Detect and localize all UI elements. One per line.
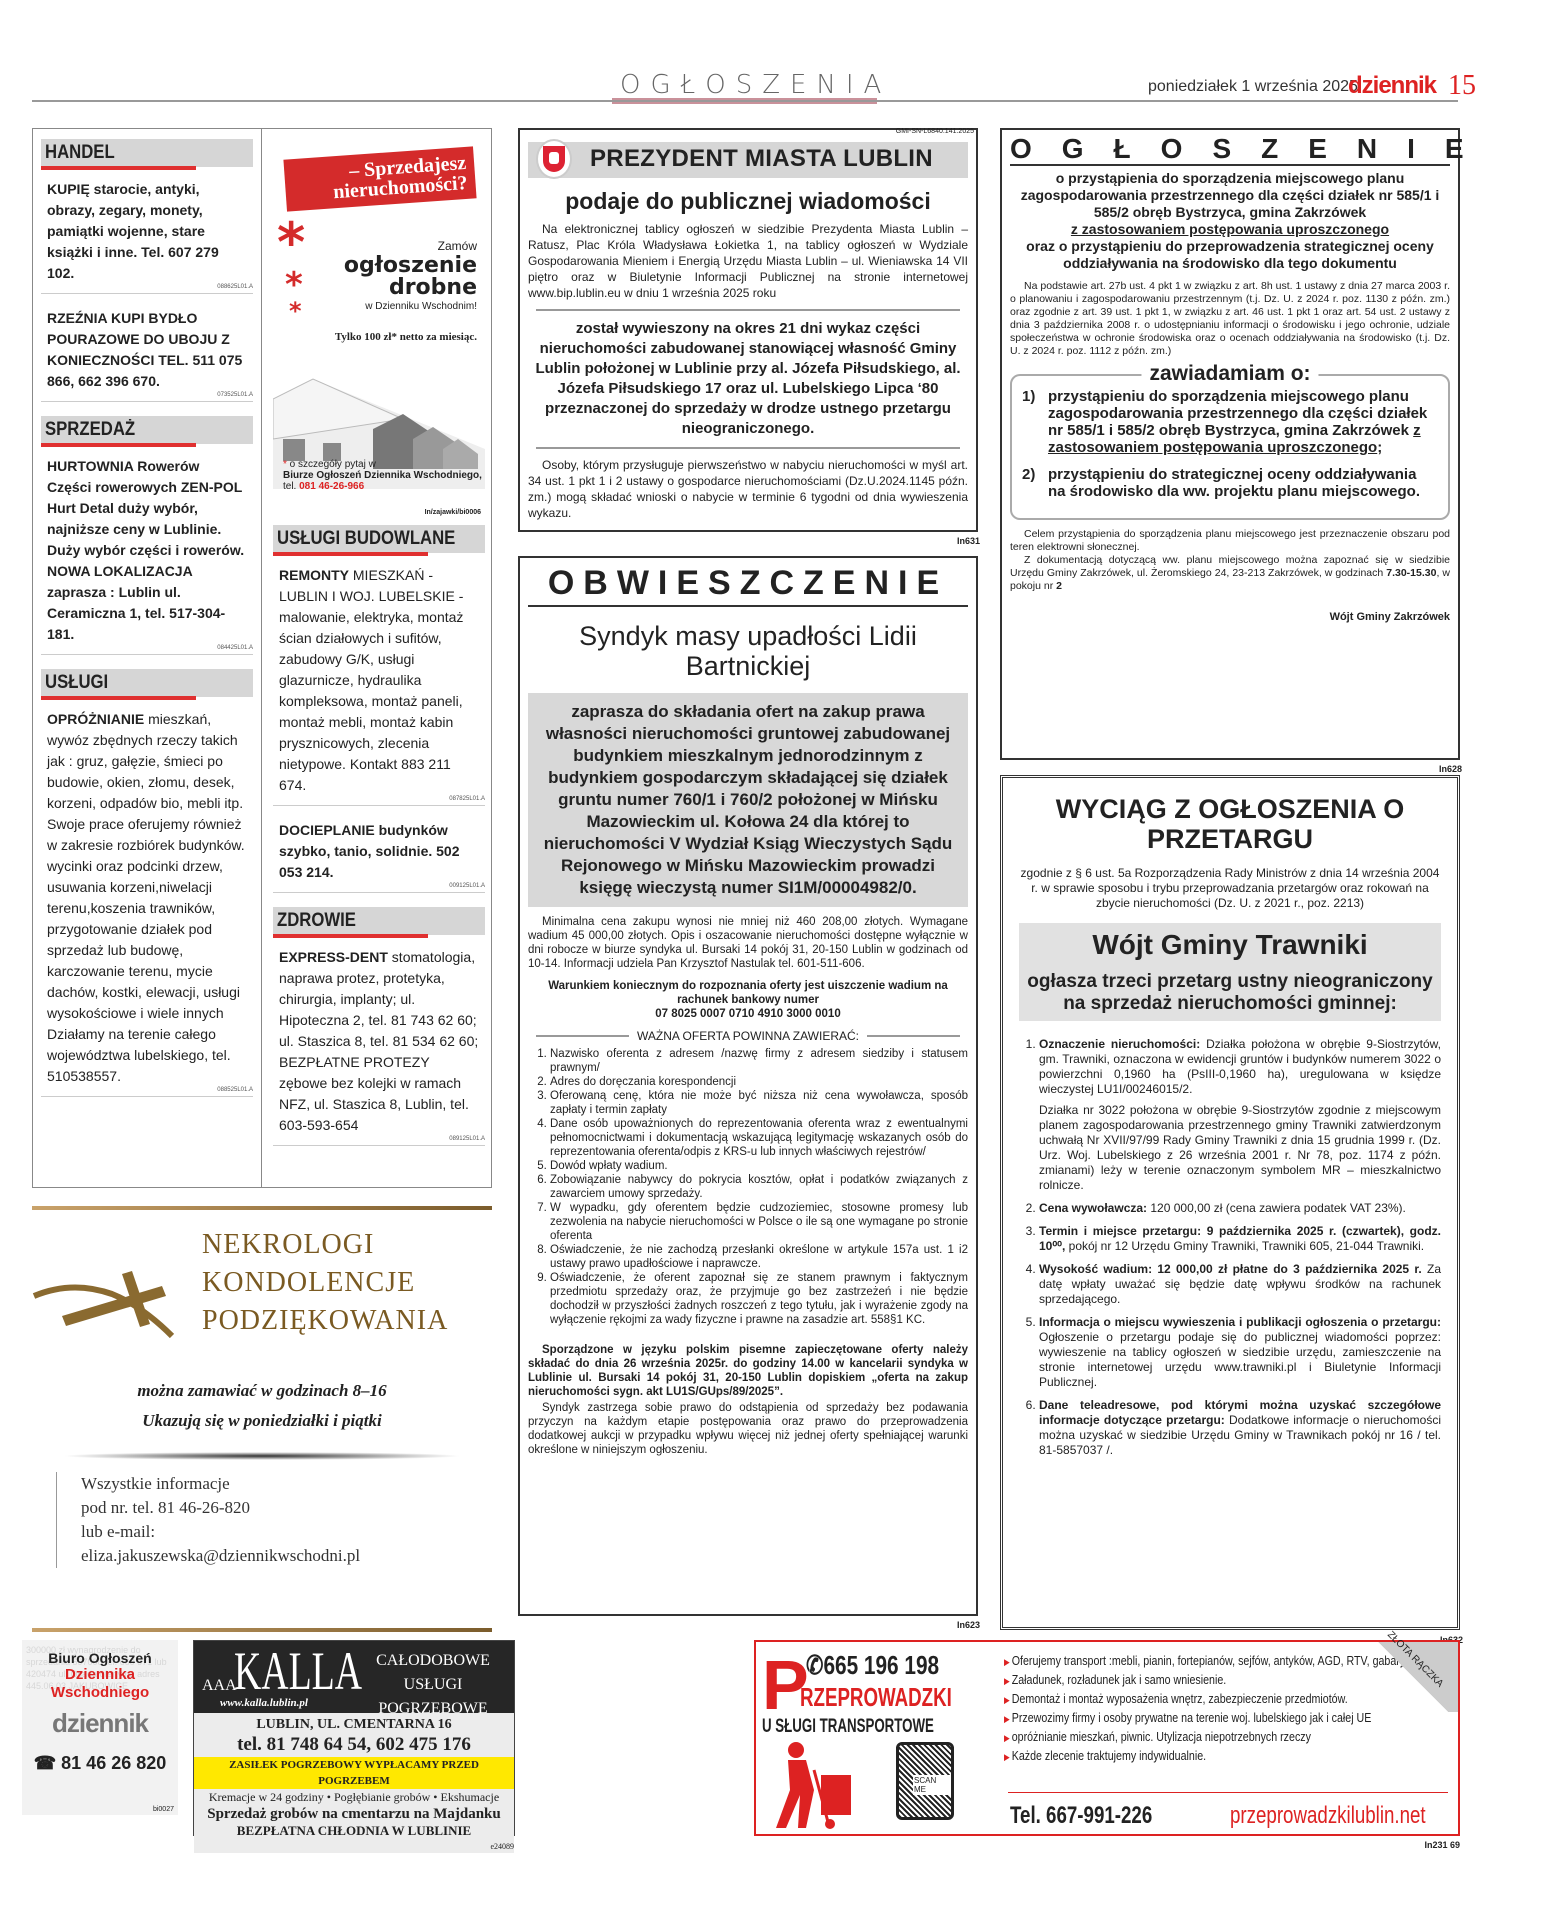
brand-logo: dziennik — [1348, 72, 1436, 100]
phone-icon: ✆ — [806, 1650, 823, 1680]
classified-ad: DOCIEPLANIE budynków szybko, tanio, soli… — [273, 820, 485, 883]
section-title: OGŁOSZENIA — [620, 70, 891, 100]
bank-account: 07 8025 0007 0710 4910 3000 0010 — [528, 1007, 968, 1021]
contact-info: Wszystkie informacjepod nr. tel. 81 46-2… — [56, 1472, 360, 1568]
category-zdrowie: ZDROWIE — [273, 907, 485, 935]
ad-code: 087825L01.A — [273, 796, 485, 806]
classified-ad: EXPRESS-DENT stomatologia, naprawa prote… — [273, 947, 485, 1136]
promo-contact: * o szczegóły pytaj w Biurze Ogłoszeń Dz… — [283, 459, 482, 492]
ad-code: 073525L01.A — [41, 392, 253, 402]
notice-prezydent-lublin: GMI-SN-L6840.141.2025 PREZYDENT MIASTA L… — [518, 128, 978, 532]
lublin-crest-icon — [536, 139, 572, 179]
announcement-box: zawiadamiam o: 1)przystąpieniu do sporzą… — [1010, 374, 1450, 520]
ad-code: 088525L01.A — [41, 1087, 253, 1097]
notice-subtitle: podaje do publicznej wiadomości — [528, 188, 968, 215]
dziennik-logo: dziennik — [22, 1708, 178, 1739]
classified-ad: KUPIĘ starocie, antyki, obrazy, zegary, … — [41, 179, 253, 284]
classifieds-column-2: – Sprzedajesz nieruchomości? * * * Zamów… — [273, 139, 485, 1160]
notice-trawniki: WYCIĄG Z OGŁOSZENIA O PRZETARGU zgodnie … — [1000, 775, 1460, 1630]
biuro-ogloszen-ad: 300000 zł wynagrodzenie do sprzedania 59… — [22, 1640, 178, 1815]
website-link[interactable]: przeprowadzkilublin.net — [1230, 1802, 1426, 1830]
email-link[interactable]: eliza.jakuszewska@dziennikwschodni.pl — [81, 1544, 360, 1568]
kalla-funeral-ad: AAA KALLA www.kalla.lublin.pl CAŁODOBOWE… — [193, 1640, 515, 1836]
classified-ad: RZEŹNIA KUPI BYDŁO POURAZOWE DO UBOJU Z … — [41, 308, 253, 392]
nekrologi-ad: NEKROLOGIKONDOLENCJEPODZIĘKOWANIA można … — [32, 1206, 492, 1631]
notice-title: WYCIĄG Z OGŁOSZENIA O PRZETARGU — [1019, 794, 1441, 854]
ad-code: 009125L01.A — [273, 883, 485, 893]
notice-title: PREZYDENT MIASTA LUBLIN — [590, 145, 933, 173]
page-number: 15 — [1448, 70, 1476, 102]
ad-ref: In628 — [1439, 764, 1462, 774]
header-rule — [32, 100, 1458, 102]
category-sprzedaz: SPRZEDAŻ — [41, 416, 253, 444]
kalla-logo: KALLA — [234, 1643, 362, 1699]
notice-zakrzowek: OGŁOSZENIE o przystąpienia do sporządzen… — [1000, 128, 1460, 760]
promo-product: ogłoszenie drobne — [273, 255, 477, 299]
issuer: Wójt Gminy Trawniki — [1025, 929, 1435, 961]
notice-subtitle: Syndyk masy upadłości Lidii Bartnickiej — [528, 621, 968, 681]
offer-requirements: Nazwisko oferenta z adresem /nazwę firmy… — [528, 1047, 968, 1327]
category-uslugi-budowlane: USŁUGI BUDOWLANE — [273, 525, 485, 553]
przeprowadzki-ad: P ✆665 196 198 RZEPROWADZKI U SŁUGI TRAN… — [754, 1640, 1460, 1836]
ad-code: 088625L01.A — [41, 284, 253, 294]
qr-code[interactable]: SCAN ME — [896, 1742, 954, 1820]
classified-ad: REMONTY MIESZKAŃ - LUBLIN I WOJ. LUBELSK… — [273, 565, 485, 796]
classified-ad: OPRÓŻNIANIE mieszkań, wywóz zbędnych rze… — [41, 709, 253, 1087]
category-handel: HANDEL — [41, 139, 253, 167]
notice-obwieszczenie: OBWIESZCZENIE Syndyk masy upadłości Lidi… — [518, 556, 978, 1616]
issue-date: poniedziałek 1 września 2025 — [1148, 78, 1358, 96]
ad-code: 084425L01.A — [41, 645, 253, 655]
tender-details: Oznaczenie nieruchomości: Działka położo… — [1019, 1037, 1441, 1458]
list-heading: WAŻNA OFERTA POWINNA ZAWIERAĆ: — [528, 1029, 968, 1043]
ad-ref: In623 — [957, 1620, 980, 1630]
notice-header: PREZYDENT MIASTA LUBLIN — [528, 142, 968, 178]
ad-ref: In631 — [957, 536, 980, 546]
classifieds-box: HANDEL KUPIĘ starocie, antyki, obrazy, z… — [32, 128, 492, 1188]
classified-ad: HURTOWNIA Rowerów Części rowerowych ZEN-… — [41, 456, 253, 645]
notice-title: OBWIESZCZENIE — [528, 564, 968, 607]
promo-ad: – Sprzedajesz nieruchomości? * * * Zamów… — [273, 139, 485, 519]
mover-icon — [766, 1740, 866, 1830]
signature: Wójt Gminy Zakrzówek — [1010, 611, 1450, 623]
promo-headline: – Sprzedajesz nieruchomości? — [283, 146, 476, 211]
category-uslugi: USŁUGI — [41, 669, 253, 697]
phone-icon: ☎ — [34, 1753, 61, 1773]
asterisk-icon: * — [289, 297, 302, 325]
classifieds-column-1: HANDEL KUPIĘ starocie, antyki, obrazy, z… — [41, 139, 253, 1111]
ad-code: 089125L01.A — [273, 1136, 485, 1146]
column-divider — [261, 129, 262, 1187]
notice-title: OGŁOSZENIE — [1010, 134, 1450, 166]
promo-price: Tylko 100 zł* netto za miesiąc. — [335, 331, 477, 343]
cross-icon — [32, 1266, 182, 1346]
